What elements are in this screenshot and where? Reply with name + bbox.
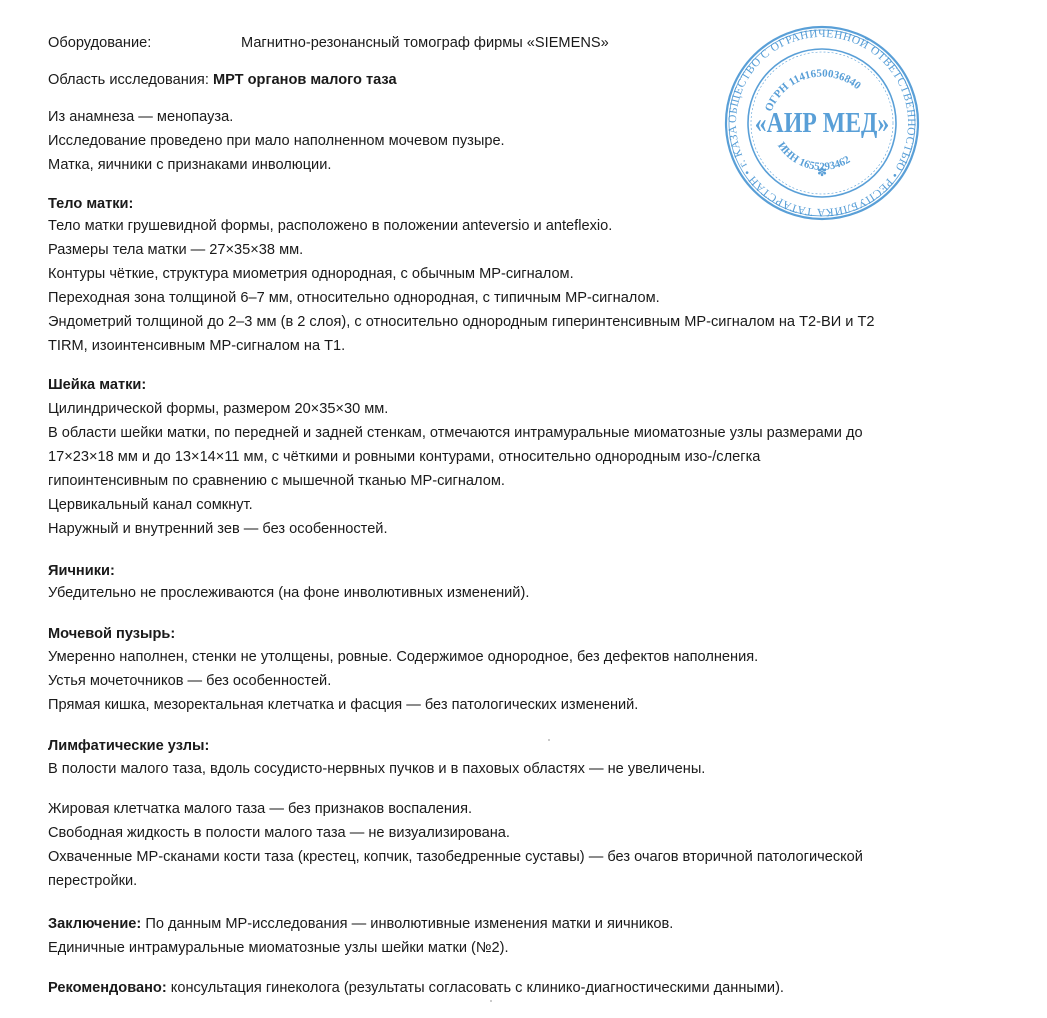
report-line: Тело матки грушевидной формы, расположен… bbox=[48, 217, 612, 235]
stamp-inn: ИНН 1655293462 bbox=[775, 140, 853, 173]
report-line: Цервикальный канал сомкнут. bbox=[48, 496, 253, 514]
report-line: Охваченные МР-сканами кости таза (кресте… bbox=[48, 848, 863, 866]
recommendation-label: Рекомендовано: bbox=[48, 980, 167, 996]
section-title-bladder: Мочевой пузырь: bbox=[48, 625, 175, 643]
conclusion-text: По данным МР-исследования — инволютивные… bbox=[145, 916, 673, 932]
report-line: TIRM, изоинтенсивным МР-сигналом на Т1. bbox=[48, 337, 345, 355]
report-line: Размеры тела матки — 27×35×38 мм. bbox=[48, 241, 303, 259]
study-area-row: Область исследования: МРТ органов малого… bbox=[48, 71, 397, 89]
report-line: Жировая клетчатка малого таза — без приз… bbox=[48, 800, 472, 818]
conclusion-line-2: Единичные интрамуральные миоматозные узл… bbox=[48, 939, 509, 957]
report-line: гипоинтенсивным по сравнению с мышечной … bbox=[48, 472, 505, 490]
report-line: В полости малого таза, вдоль сосудисто-н… bbox=[48, 760, 705, 778]
report-line: В области шейки матки, по передней и зад… bbox=[48, 424, 863, 442]
stamp-center-text: «АИР МЕД» bbox=[755, 106, 889, 139]
section-title-cervix: Шейка матки: bbox=[48, 376, 146, 394]
intro-line: Исследование проведено при мало наполнен… bbox=[48, 132, 505, 150]
equipment-row: Оборудование:Магнитно-резонансный томогр… bbox=[48, 34, 609, 52]
report-line: Свободная жидкость в полости малого таза… bbox=[48, 824, 510, 842]
intro-line: Матка, яичники с признаками инволюции. bbox=[48, 156, 331, 174]
conclusion: Заключение: По данным МР-исследования — … bbox=[48, 915, 673, 933]
equipment-label: Оборудование: bbox=[48, 34, 241, 52]
report-line: Устья мочеточников — без особенностей. bbox=[48, 672, 331, 690]
section-title-lymph-nodes: Лимфатические узлы: bbox=[48, 737, 209, 755]
report-line: 17×23×18 мм и до 13×14×11 мм, с чёткими … bbox=[48, 448, 760, 466]
report-line: Убедительно не прослеживаются (на фоне и… bbox=[48, 584, 529, 602]
company-stamp-icon: ОБЩЕСТВО С ОГРАНИЧЕННОЙ ОТВЕТСТВЕННОСТЬЮ… bbox=[722, 8, 922, 238]
study-area-label: Область исследования: bbox=[48, 72, 209, 88]
report-line: Цилиндрической формы, размером 20×35×30 … bbox=[48, 400, 388, 418]
svg-text:ИНН 1655293462: ИНН 1655293462 bbox=[775, 140, 853, 173]
report-line: Прямая кишка, мезоректальная клетчатка и… bbox=[48, 696, 638, 714]
report-line: Наружный и внутренний зев — без особенно… bbox=[48, 520, 388, 538]
recommendation: Рекомендовано: консультация гинеколога (… bbox=[48, 979, 784, 997]
paper-speck bbox=[548, 739, 550, 741]
equipment-value: Магнитно-резонансный томограф фирмы «SIE… bbox=[241, 35, 609, 51]
paper-speck bbox=[490, 1000, 492, 1002]
section-title-ovaries: Яичники: bbox=[48, 562, 115, 580]
study-area-value: МРТ органов малого таза bbox=[213, 72, 397, 88]
section-title-uterus-body: Тело матки: bbox=[48, 195, 133, 213]
svg-text:✽: ✽ bbox=[817, 165, 827, 179]
report-line: Переходная зона толщиной 6–7 мм, относит… bbox=[48, 289, 660, 307]
report-line: перестройки. bbox=[48, 872, 137, 890]
conclusion-label: Заключение: bbox=[48, 916, 141, 932]
intro-line: Из анамнеза — менопауза. bbox=[48, 108, 233, 126]
recommendation-text: консультация гинеколога (результаты согл… bbox=[171, 980, 784, 996]
report-line: Эндометрий толщиной до 2–3 мм (в 2 слоя)… bbox=[48, 313, 874, 331]
report-line: Умеренно наполнен, стенки не утолщены, р… bbox=[48, 648, 758, 666]
report-line: Контуры чёткие, структура миометрия одно… bbox=[48, 265, 574, 283]
